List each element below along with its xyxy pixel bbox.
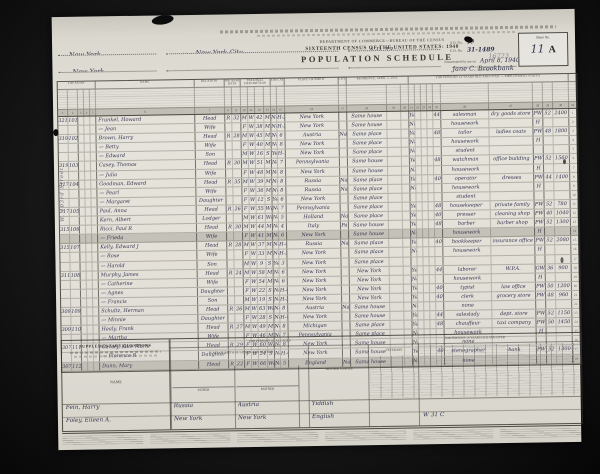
table-cell [403, 257, 411, 265]
table-cell: H [536, 273, 546, 281]
table-cell: 48 [435, 202, 443, 210]
table-cell [388, 184, 402, 192]
field-county-label: County [58, 71, 68, 73]
table-cell [404, 266, 412, 274]
table-cell [68, 126, 78, 134]
table-cell [554, 136, 570, 144]
table-cell [435, 247, 443, 255]
table-cell [235, 296, 244, 304]
table-cell: Head [198, 324, 228, 333]
table-cell: 5 [279, 213, 287, 221]
table-cell: PW [533, 128, 543, 136]
table-cell: 18 [572, 263, 580, 271]
table-cell: 8 [570, 173, 578, 181]
table-cell: 28 [234, 241, 243, 249]
table-cell [387, 112, 401, 120]
footer-block [150, 433, 231, 443]
table-cell [341, 258, 349, 266]
table-cell: presser [443, 210, 491, 219]
table-cell [388, 139, 402, 147]
right-margin-speck [563, 159, 566, 164]
table-cell [340, 194, 348, 202]
table-cell [69, 189, 79, 197]
table-cell: 1300 [555, 218, 571, 226]
table-cell: clerk [444, 292, 492, 301]
field-block-label: Block Nos. [348, 66, 363, 68]
table-cell [340, 149, 348, 157]
field-county: County New York [58, 59, 156, 73]
table-cell: 39 [256, 177, 265, 185]
table-cell: New York [350, 294, 390, 303]
table-cell: Murphy, James [99, 269, 198, 279]
table-cell: Same house [349, 221, 389, 230]
table-cell [390, 266, 404, 274]
table-cell: 16 [256, 150, 265, 158]
field-state-label: State [58, 54, 65, 56]
table-cell: office building [490, 155, 534, 164]
field-ward-value: A.D. 13 [369, 46, 393, 52]
table-cell [554, 145, 570, 153]
table-cell: — Catherine [99, 279, 198, 289]
table-cell [389, 248, 403, 256]
table-cell: — Margaret [97, 197, 196, 207]
table-cell: 48 [435, 220, 443, 228]
table-group-label [569, 74, 577, 81]
table-cell: 1150 [556, 309, 572, 317]
left-margin-ink-mark [53, 129, 58, 136]
table-cell: 44 [436, 311, 444, 319]
table-cell: — Julia [97, 169, 196, 179]
table-cell [543, 118, 553, 126]
table-cell: 7 [279, 204, 287, 212]
table-cell: 1200 [556, 282, 572, 290]
table-cell [436, 275, 444, 283]
table-cell [402, 139, 410, 147]
footer-block [238, 432, 319, 442]
column-number: 9 [232, 107, 241, 113]
table-cell: housework [444, 274, 492, 283]
table-cell [434, 184, 442, 192]
table-cell [390, 321, 404, 329]
table-cell [555, 227, 571, 235]
table-cell [544, 146, 554, 154]
table-cell: New York [286, 194, 340, 203]
column-number: 29 [543, 102, 553, 108]
table-cell [61, 281, 71, 289]
table-cell: 5 [570, 145, 578, 153]
table-cell: laborer [444, 265, 492, 274]
table-cell [433, 120, 441, 128]
table-cell: 50 [546, 318, 556, 326]
table-cell: H-2 [279, 250, 287, 258]
table-cell: 12 [256, 196, 265, 204]
table-cell: Paul, Anna [98, 206, 197, 216]
supplementary-cell-father: New York [174, 415, 234, 422]
table-cell: 40 [435, 238, 443, 246]
table-cell: 8 [280, 323, 288, 331]
table-cell [235, 278, 244, 286]
field-block: Block Nos. [348, 55, 440, 68]
table-cell: 36 [256, 187, 265, 195]
table-cell: Same house [348, 157, 388, 166]
table-cell [554, 182, 570, 190]
table-cell: none [444, 301, 492, 310]
table-cell [390, 275, 404, 283]
table-cell [389, 239, 403, 247]
column-number: 18 [347, 105, 387, 112]
table-cell: 19 [258, 296, 267, 304]
table-cell: PW [536, 309, 546, 317]
table-cell: 50 [546, 282, 556, 290]
table-cell [233, 151, 242, 159]
table-cell [404, 312, 412, 320]
table-cell [388, 157, 402, 165]
table-cell [545, 255, 555, 263]
table-column-header [347, 85, 387, 105]
table-column-header [285, 86, 339, 106]
table-cell: 4 [279, 223, 287, 231]
right-margin-speck2 [560, 257, 563, 263]
sheet-number-suffix: A [548, 44, 555, 55]
table-cell: H-3 [280, 295, 288, 303]
table-cell [389, 212, 403, 220]
table-cell: 24 [572, 318, 580, 326]
table-cell: New York [286, 167, 340, 176]
table-cell: bookkeeper [443, 238, 491, 247]
supplementary-cell-mother: Austria [238, 401, 298, 408]
table-cell [402, 193, 410, 201]
table-cell [70, 253, 80, 261]
table-cell [341, 203, 349, 211]
column-number: 16 [285, 106, 339, 113]
table-cell [434, 138, 442, 146]
table-cell [233, 187, 242, 195]
table-cell: 48 [256, 168, 265, 176]
table-cell: 315 [60, 244, 70, 252]
table-cell [235, 314, 244, 322]
table-cell: cleaning shop [491, 210, 535, 219]
table-cell: 101 [68, 117, 78, 125]
column-number: 1 [58, 110, 68, 116]
table-cell: 44 [436, 266, 444, 274]
table-cell: dept. store [492, 310, 536, 319]
table-cell: housework [442, 183, 490, 192]
table-cell: H [534, 164, 544, 172]
table-cell [404, 284, 412, 292]
table-cell [342, 313, 350, 321]
table-cell: Michigan [288, 322, 342, 331]
table-column-header [255, 87, 264, 106]
table-cell [339, 122, 347, 130]
table-cell: 17 [571, 254, 579, 262]
table-cell: New York [288, 294, 342, 303]
table-cell: 8 [278, 177, 286, 185]
census-sheet: DEPARTMENT OF COMMERCE—BUREAU OF THE CEN… [52, 9, 582, 450]
table-cell: Kelly, Edward J [98, 242, 197, 252]
table-cell: 48 [546, 291, 556, 299]
table-cell: New York [350, 276, 390, 285]
table-cell: 37 [257, 241, 266, 249]
table-cell: 26 [235, 305, 244, 313]
footer-block [413, 429, 494, 439]
table-cell [554, 164, 570, 172]
table-cell [403, 221, 411, 229]
table-cell: 105 [70, 208, 80, 216]
table-cell [388, 175, 402, 183]
table-cell: Son [196, 151, 226, 160]
table-cell: tailor [441, 128, 489, 137]
table-cell: New York [285, 113, 339, 122]
table-cell: New York [350, 266, 390, 275]
table-cell: New York [285, 122, 339, 131]
table-cell: dresses [490, 173, 534, 182]
table-cell: — Frieda [98, 233, 197, 243]
column-number: 15 [277, 106, 285, 112]
table-cell: Daughter [198, 314, 228, 323]
table-cell: 20 [572, 282, 580, 290]
table-cell: — Agnes [99, 288, 198, 298]
table-cell: Frankel, Howard [96, 115, 195, 125]
table-cell [545, 246, 555, 254]
table-cell: taxi company [492, 319, 536, 328]
table-cell: PW [536, 319, 546, 327]
table-cell: 22 [572, 300, 580, 308]
table-cell: Austria [288, 304, 342, 313]
column-number: 7 [195, 107, 225, 113]
table-cell: Same house [348, 166, 388, 175]
table-cell: 900 [556, 264, 572, 272]
table-cell [232, 123, 241, 131]
table-cell: — Betty [97, 142, 196, 152]
table-cell: Wife [196, 169, 226, 178]
table-cell [390, 284, 404, 292]
table-cell: 63 [258, 305, 267, 313]
table-cell: 22 [258, 287, 267, 295]
table-cell: 109 [71, 308, 81, 316]
table-cell: 8 [278, 186, 286, 194]
table-cell: 780 [555, 200, 571, 208]
table-group-label: PLACE OF BIRTH [285, 78, 339, 86]
table-cell: Pennsylvania [287, 204, 341, 213]
table-cell: Goodman, Edward [97, 179, 196, 189]
table-cell: 7 [570, 163, 578, 171]
table-cell: housework [442, 138, 490, 147]
table-cell: 52 [545, 218, 555, 226]
column-number: 12 [255, 107, 264, 113]
table-cell: 6 [280, 268, 288, 276]
table-cell: Same house [347, 112, 387, 121]
table-cell [402, 184, 410, 192]
table-cell: 40 [545, 209, 555, 217]
table-cell: 42 [255, 114, 264, 122]
table-cell [387, 130, 401, 138]
table-column-header [195, 87, 225, 106]
sheet-number-box: Sheet No. 11 A [518, 32, 569, 67]
supplementary-cell-mother: New York [238, 414, 298, 421]
table-cell [402, 166, 410, 174]
field-township-label: Township or other division of county [166, 69, 216, 72]
table-cell: 3 [279, 259, 287, 267]
table-group-label: RESIDENCE, APRIL 1, 1935 [347, 77, 409, 85]
table-cell: 1800 [553, 127, 569, 135]
table-cell: 27 [235, 323, 244, 331]
table-cell: Same house [350, 312, 390, 321]
table-cell: 41 [257, 232, 266, 240]
table-cell [434, 193, 442, 201]
table-cell [404, 321, 412, 329]
table-cell [390, 294, 404, 302]
table-cell: 45 [255, 132, 264, 140]
table-cell: PW [536, 282, 546, 290]
supplementary-caption-microprint [70, 350, 161, 353]
population-schedule-table: LOCATIONNAMERELATIONHOUSEHOLD DATAPERSON… [57, 73, 583, 373]
table-cell: 319 [58, 135, 68, 143]
table-cell: 48 [543, 127, 553, 135]
table-cell: Na [341, 240, 349, 248]
column-number: 2 [68, 110, 78, 116]
table-cell: New York [350, 285, 390, 294]
table-cell: Head [195, 133, 225, 142]
table-cell: New York [287, 258, 341, 267]
table-cell: — Minnie [99, 315, 198, 325]
table-cell [388, 148, 402, 156]
table-cell: 9 [570, 182, 578, 190]
table-column-header [543, 82, 553, 101]
table-cell: Same place [348, 139, 388, 148]
street-name-vertical: W. 103rd Street [59, 167, 66, 222]
table-cell: Wife [196, 187, 226, 196]
scan-ink-blob [151, 14, 174, 26]
table-group-label: PERSONAL DESCRIPTION [241, 79, 271, 86]
table-cell: Ricci, Paul R [98, 224, 197, 234]
table-cell: grocery store [492, 291, 536, 300]
table-cell: 16 [571, 245, 579, 253]
table-cell: Same place [347, 130, 387, 139]
table-cell: H [534, 137, 544, 145]
table-cell: Wife [197, 233, 227, 242]
column-number: 27 [489, 103, 533, 110]
table-cell: 40 [435, 211, 443, 219]
table-cell: Same place [349, 257, 389, 266]
table-cell [69, 144, 79, 152]
table-cell: Russia [286, 185, 340, 194]
pob-group-label: PLACE OF BIRTH OF FATHER AND MOTHER [172, 349, 310, 355]
table-cell [235, 287, 244, 295]
field-state: State New York [58, 42, 156, 56]
table-cell: 54 [258, 277, 267, 285]
table-cell: chauffeur [444, 319, 492, 328]
table-cell [403, 202, 411, 210]
table-cell: 48 [433, 129, 441, 137]
table-cell [435, 257, 443, 265]
column-number: 20 [401, 105, 409, 111]
table-cell [492, 273, 536, 282]
table-cell: Russia [287, 240, 341, 249]
table-column-header [569, 82, 577, 101]
table-cell [544, 182, 554, 190]
supplementary-name-header: NAME [62, 378, 169, 385]
table-cell: Daughter [196, 196, 226, 205]
table-cell: 58 [258, 268, 267, 276]
table-cell: 10 [570, 191, 578, 199]
table-cell: typist [444, 283, 492, 292]
table-cell [402, 175, 410, 183]
table-cell [491, 246, 535, 255]
table-cell: — Francis [99, 297, 198, 307]
table-cell: W.P.A. [492, 264, 536, 273]
table-cell: New York [287, 249, 341, 258]
table-cell: 102 [68, 135, 78, 143]
table-column-header [387, 85, 401, 104]
table-cell: Daughter [198, 287, 228, 296]
table-cell: 2080 [555, 236, 571, 244]
table-column-header [232, 87, 241, 106]
supplementary-title: SUPPLEMENTARY QUESTIONS [62, 342, 169, 349]
table-cell [390, 312, 404, 320]
table-cell: Lodger [197, 214, 227, 223]
table-cell: Na [340, 185, 348, 193]
table-column-header [58, 90, 68, 109]
table-group-label: LOCATION [58, 81, 96, 89]
table-cell: student [442, 147, 490, 156]
table-cell: H [535, 246, 545, 254]
table-cell: PW [535, 219, 545, 227]
table-column-header [533, 82, 543, 101]
field-county-value: New York [72, 67, 104, 73]
table-cell: 3 [569, 127, 577, 135]
field-state-value: New York [69, 50, 101, 56]
table-cell: 6 [277, 132, 285, 140]
table-cell [492, 301, 536, 310]
table-cell: H [533, 119, 543, 127]
table-cell [401, 130, 409, 138]
table-cell: 40 [434, 175, 442, 183]
table-cell: New York [287, 231, 341, 240]
table-cell [401, 121, 409, 129]
table-cell [234, 214, 243, 222]
table-cell: Same place [348, 194, 388, 203]
table-cell [342, 267, 350, 275]
table-cell [342, 276, 350, 284]
table-cell: 30 [234, 223, 243, 231]
table-cell [490, 137, 534, 146]
column-number: 19 [387, 105, 401, 111]
table-cell: New York [288, 267, 342, 276]
table-cell [404, 293, 412, 301]
table-cell: Wife [197, 251, 227, 260]
table-cell: 44 [433, 111, 441, 119]
table-cell: Same place [349, 239, 389, 248]
table-cell: Same place [348, 185, 388, 194]
for-all-ages-label: FOR PERSONS OF ALL AGES [172, 337, 368, 344]
table-cell: New York [286, 149, 340, 158]
table-cell: Na [340, 176, 348, 184]
table-cell: 48 [434, 156, 442, 164]
table-cell: New York [288, 285, 342, 294]
table-cell: Kern, Albert [98, 215, 197, 225]
supplementary-cell-tongue: English [312, 413, 368, 420]
table-cell: 8 [278, 168, 286, 176]
table-cell: 38 [255, 123, 264, 131]
table-cell: 44 [544, 173, 554, 181]
table-cell [544, 191, 554, 199]
table-cell: Head [197, 242, 227, 251]
table-cell [402, 157, 410, 165]
table-cell: Head [198, 305, 228, 314]
table-cell: 315 [60, 226, 70, 234]
column-number: 25 [433, 104, 441, 110]
table-cell: 7 [278, 159, 286, 167]
